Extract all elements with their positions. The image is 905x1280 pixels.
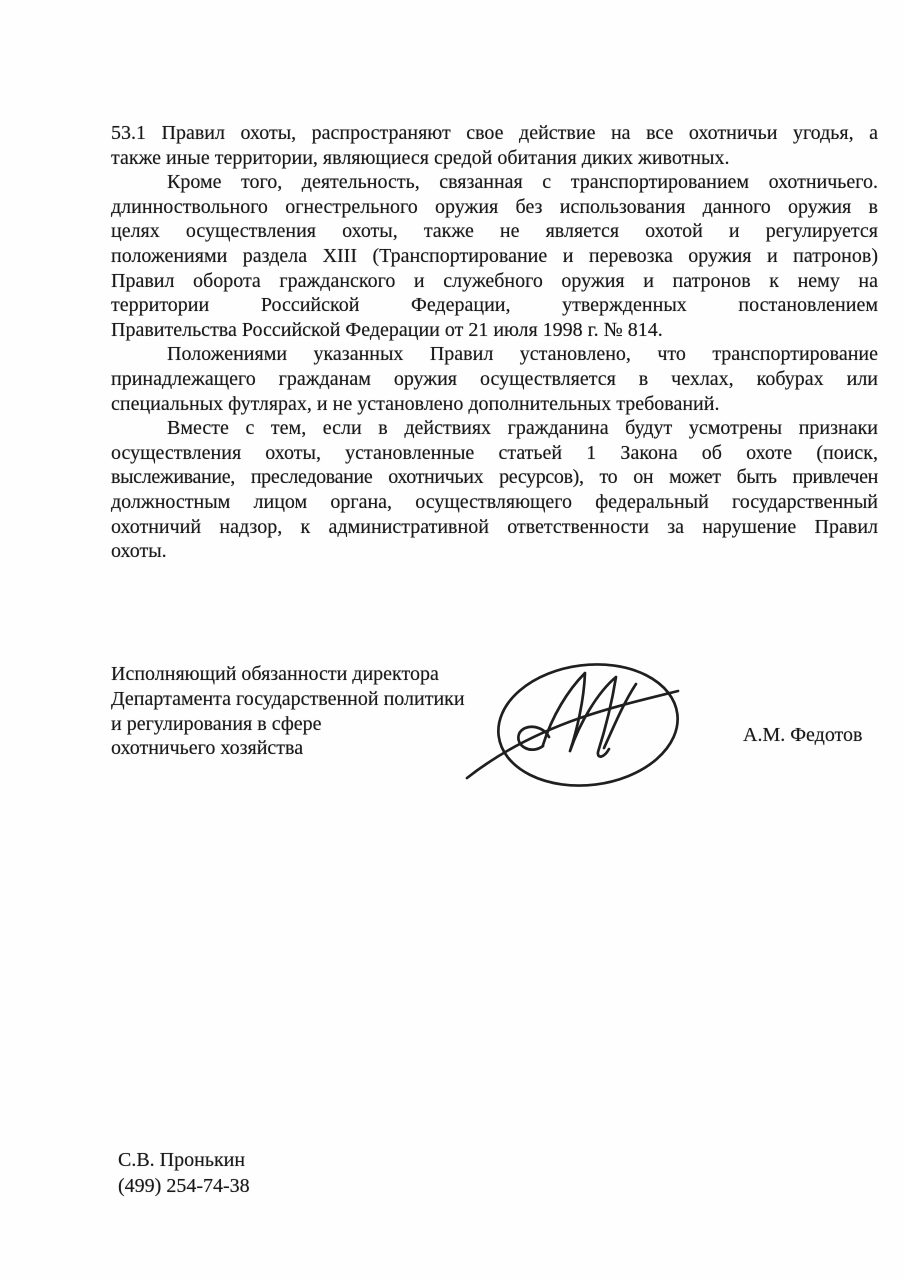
body-line: 53.1 Правил охоты, распространяют свое д… xyxy=(111,121,878,146)
body-line: осуществления охоты, установленные стать… xyxy=(111,441,878,466)
body-line: охотничий надзор, к административной отв… xyxy=(111,515,878,540)
body-line: также иные территории, являющиеся средой… xyxy=(111,146,878,171)
body-line: охоты. xyxy=(111,539,878,564)
body-line: длинноствольного огнестрельного оружия б… xyxy=(111,195,878,220)
contact-name: С.В. Пронькин xyxy=(118,1148,250,1174)
handwritten-signature-icon xyxy=(440,640,700,810)
body-line: положениями раздела XIII (Транспортирова… xyxy=(111,244,878,269)
body-line: специальных футлярах, и не установлено д… xyxy=(111,392,878,417)
body-line: территории Российской Федерации, утвержд… xyxy=(111,293,878,318)
body-line: должностным лицом органа, осуществляющег… xyxy=(111,490,878,515)
contact-footer: С.В. Пронькин (499) 254-74-38 xyxy=(118,1148,250,1199)
body-line: Правительства Российской Федерации от 21… xyxy=(111,318,878,343)
body-line: Положениями указанных Правил установлено… xyxy=(111,342,878,367)
body-line: Вместе с тем, если в действиях гражданин… xyxy=(111,416,878,441)
body-line: принадлежащего гражданам оружия осуществ… xyxy=(111,367,878,392)
letter-body: 53.1 Правил охоты, распространяют свое д… xyxy=(111,121,878,564)
contact-phone: (499) 254-74-38 xyxy=(118,1174,250,1200)
body-line: Кроме того, деятельность, связанная с тр… xyxy=(111,170,878,195)
body-line: Правил оборота гражданского и служебного… xyxy=(111,269,878,294)
body-line: целях осуществления охоты, также не явля… xyxy=(111,219,878,244)
signer-name: А.М. Федотов xyxy=(743,724,862,747)
scanned-letter-page: 53.1 Правил охоты, распространяют свое д… xyxy=(0,0,905,1280)
body-line: выслеживание, преследование охотничьих р… xyxy=(111,465,878,490)
